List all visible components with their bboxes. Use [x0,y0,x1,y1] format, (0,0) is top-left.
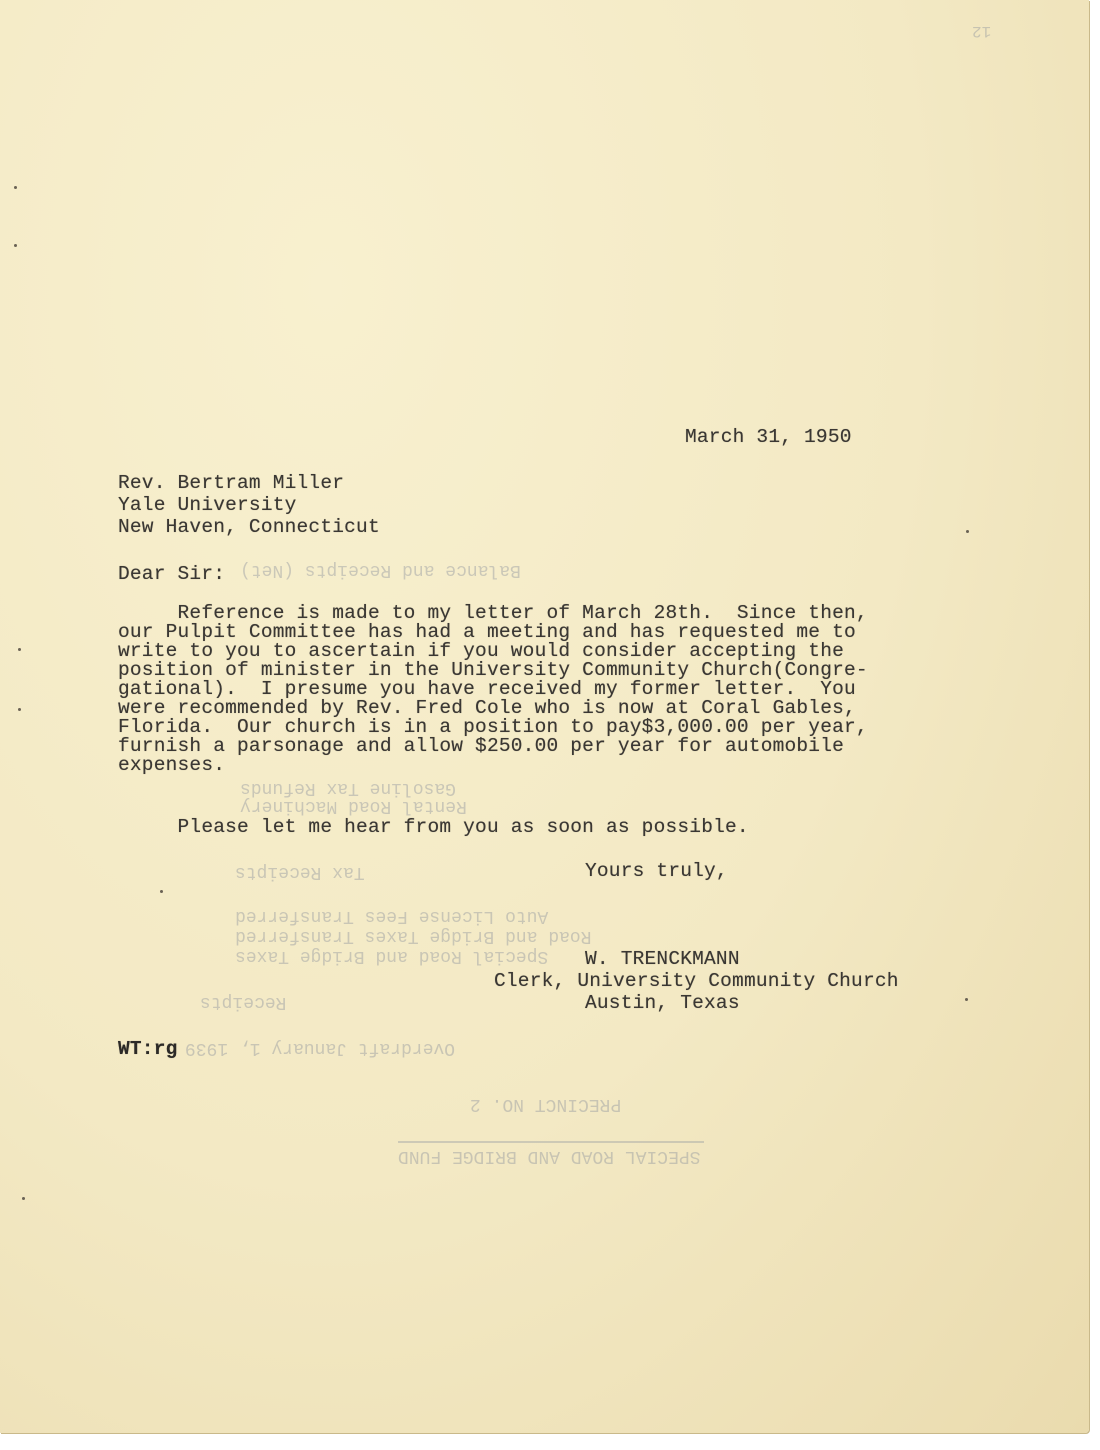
bleed-through-line-f: Road and Bridge Taxes Transferred [235,926,591,946]
paper-speck [965,998,968,1001]
corner-mark: 12 [972,22,991,40]
recipient-address: New Haven, Connecticut [118,516,380,538]
bleed-through-header-1: PRECINCT NO. 2 [470,1094,621,1114]
body-line-8: furnish a parsonage and allow $250.00 pe… [118,737,844,756]
letter-date: March 31, 1950 [685,426,852,448]
signature-name: W. TRENCKMANN [585,948,740,970]
letter-page: PRECINCT NO. 2 SPECIAL ROAD AND BRIDGE F… [0,0,1089,1433]
paper-speck [18,648,21,651]
body-paragraph-2: Please let me hear from you as soon as p… [118,816,749,838]
recipient-name: Rev. Bertram Miller [118,472,344,494]
bleed-through-line-b: Gasoline Tax Refunds [240,778,456,798]
signature-location: Austin, Texas [585,992,740,1014]
paper-speck [14,186,17,189]
paper-speck [160,890,163,893]
paper-speck [14,244,17,247]
body-line-9: expenses. [118,756,225,775]
bleed-through-line-h: Receipts [200,992,286,1012]
signature-title: Clerk, University Community Church [494,970,899,992]
bleed-through-line-g: Special Road and Bridge Taxes [235,946,548,966]
paper-speck [18,708,21,711]
bleed-through-line-a: Balance and Receipts (Net) [240,560,521,580]
bleed-through-line-i: Overdraft January 1, 1939 [185,1038,455,1058]
closing: Yours truly, [585,860,728,882]
bleed-through-line-e: Auto License Fees Transferred [235,906,548,926]
bleed-through-line-c: Rental Road Machinery [240,796,467,816]
bleed-through-header-2: SPECIAL ROAD AND BRIDGE FUND [398,1146,700,1166]
paper-speck [22,1197,25,1200]
bleed-through-rule [398,1141,704,1143]
bleed-through-line-d: Tax Receipts [235,862,365,882]
recipient-institution: Yale University [118,494,297,516]
salutation: Dear Sir: [118,563,225,585]
reference-initials: WT:rg [118,1038,178,1060]
paper-speck [966,530,969,533]
